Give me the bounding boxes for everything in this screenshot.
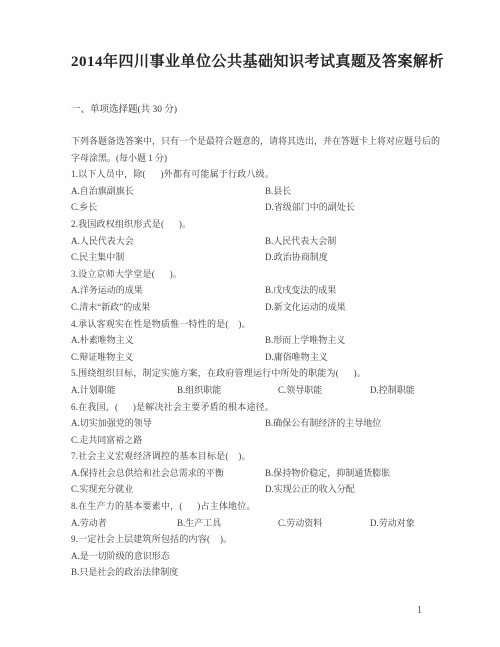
document-page: 2014年四川事业单位公共基础知识考试真题及答案解析 一、单项选择题(共 30 … [0, 0, 500, 647]
question-4-option-row: C.辩证唯物主义D.庸俗唯物主义 [71, 349, 440, 366]
question-9: 9.一定社会上层建筑所包括的内容( )。A.是一切阶级的意识形态B.只是社会的政… [71, 531, 440, 581]
question-1-option-C: C.乡长 [71, 199, 265, 216]
question-4-option-A: A.朴素唯物主义 [71, 332, 265, 349]
question-4-option-D: D.庸俗唯物主义 [265, 349, 440, 366]
question-3-option-D: D.新文化运动的成果 [265, 299, 440, 316]
page-number: 1 [417, 604, 422, 618]
question-8-option-A: A.劳动者 [71, 515, 177, 532]
question-9-option-row: A.是一切阶级的意识形态 [71, 548, 440, 565]
question-9-option-row: B.只是社会的政治法律制度 [71, 564, 440, 581]
question-2-option-B: B.人民代表大会制 [265, 233, 440, 250]
question-1-option-D: D.省级部门中的副处长 [265, 199, 440, 216]
question-3-option-A: A.洋务运动的成果 [71, 282, 265, 299]
section-heading: 一、单项选择题(共 30 分) [71, 102, 440, 119]
question-4-option-row: A.朴素唯物主义B.形而上学唯物主义 [71, 332, 440, 349]
question-5: 5.围绕组织目标，制定实施方案，在政府管理运行中所处的职能为( )。A.计划职能… [71, 365, 440, 398]
question-5-option-C: C.领导职能 [278, 382, 370, 399]
question-7-option-A: A.保持社会总供给和社会总需求的平衡 [71, 465, 265, 482]
question-9-option-A: A.是一切阶级的意识形态 [71, 548, 440, 565]
question-1-option-row: C.乡长D.省级部门中的副处长 [71, 199, 440, 216]
question-5-option-B: B.组织职能 [177, 382, 278, 399]
question-2-option-row: A.人民代表大会B.人民代表大会制 [71, 233, 440, 250]
question-7-option-D: D.实现公正的收入分配 [265, 481, 440, 498]
question-list: 1.以下人员中，除( )外都有可能属于行政八级。A.自治旗副旗长B.县长C.乡长… [71, 166, 440, 581]
question-3-stem: 3.设立京师大学堂是( )。 [71, 266, 440, 283]
question-6-option-A: A.切实加强党的领导 [71, 415, 265, 432]
question-3-option-C: C.清末“新政”的成果 [71, 299, 265, 316]
document-title: 2014年四川事业单位公共基础知识考试真题及答案解析 [71, 52, 440, 72]
question-8-option-row: A.劳动者B.生产工具C.劳动资料D.劳动对象 [71, 515, 440, 532]
question-3-option-B: B.戊戌变法的成果 [265, 282, 440, 299]
instructions-line-1: 下列各题备选答案中，只有一个是最符合题意的，请将其选出，并在答题卡上将对应题号后… [71, 133, 440, 150]
question-5-option-row: A.计划职能B.组织职能C.领导职能D.控制职能 [71, 382, 440, 399]
question-6-option-C: C.走共同富裕之路 [71, 432, 265, 449]
question-8: 8.在生产力的基本要素中，( )占主体地位。A.劳动者B.生产工具C.劳动资料D… [71, 498, 440, 531]
question-7-option-C: C.实现充分就业 [71, 481, 265, 498]
question-7: 7.社会主义宏观经济调控的基本目标是( )。A.保持社会总供给和社会总需求的平衡… [71, 448, 440, 498]
question-9-stem: 9.一定社会上层建筑所包括的内容( )。 [71, 531, 440, 548]
question-6-option-B: B.确保公有制经济的主导地位 [265, 415, 440, 432]
question-5-option-A: A.计划职能 [71, 382, 177, 399]
question-4-option-B: B.形而上学唯物主义 [265, 332, 440, 349]
question-3-option-row: A.洋务运动的成果B.戊戌变法的成果 [71, 282, 440, 299]
question-8-option-D: D.劳动对象 [370, 515, 440, 532]
question-5-option-D: D.控制职能 [370, 382, 440, 399]
question-3: 3.设立京师大学堂是( )。A.洋务运动的成果B.戊戌变法的成果C.清末“新政”… [71, 266, 440, 316]
question-2-option-A: A.人民代表大会 [71, 233, 265, 250]
question-1-option-B: B.县长 [265, 183, 440, 200]
question-8-option-B: B.生产工具 [177, 515, 278, 532]
question-4-option-C: C.辩证唯物主义 [71, 349, 265, 366]
question-7-option-row: C.实现充分就业D.实现公正的收入分配 [71, 481, 440, 498]
question-7-option-row: A.保持社会总供给和社会总需求的平衡B.保持物价稳定，抑制通货膨胀 [71, 465, 440, 482]
question-1-option-row: A.自治旗副旗长B.县长 [71, 183, 440, 200]
question-2-stem: 2.我国政权组织形式是( )。 [71, 216, 440, 233]
instructions-line-2: 字母涂黑。(每小题 1 分) [71, 150, 440, 167]
question-2-option-row: C.民主集中制D.政治协商制度 [71, 249, 440, 266]
question-1-stem: 1.以下人员中，除( )外都有可能属于行政八级。 [71, 166, 440, 183]
question-5-stem: 5.围绕组织目标，制定实施方案，在政府管理运行中所处的职能为( )。 [71, 365, 440, 382]
question-6-stem: 6.在我国，( )是解决社会主要矛盾的根本途径。 [71, 399, 440, 416]
question-6-option-row: C.走共同富裕之路 [71, 432, 440, 449]
question-4: 4.承认客观实在性是物质惟一特性的是( )。A.朴素唯物主义B.形而上学唯物主义… [71, 316, 440, 366]
question-9-option-B: B.只是社会的政治法律制度 [71, 564, 440, 581]
question-2: 2.我国政权组织形式是( )。A.人民代表大会B.人民代表大会制C.民主集中制D… [71, 216, 440, 266]
question-7-option-B: B.保持物价稳定，抑制通货膨胀 [265, 465, 440, 482]
question-6-option-row: A.切实加强党的领导B.确保公有制经济的主导地位 [71, 415, 440, 432]
question-6: 6.在我国，( )是解决社会主要矛盾的根本途径。A.切实加强党的领导B.确保公有… [71, 399, 440, 449]
question-4-stem: 4.承认客观实在性是物质惟一特性的是( )。 [71, 316, 440, 333]
question-8-stem: 8.在生产力的基本要素中，( )占主体地位。 [71, 498, 440, 515]
question-8-option-C: C.劳动资料 [278, 515, 370, 532]
question-2-option-C: C.民主集中制 [71, 249, 265, 266]
question-1: 1.以下人员中，除( )外都有可能属于行政八级。A.自治旗副旗长B.县长C.乡长… [71, 166, 440, 216]
question-1-option-A: A.自治旗副旗长 [71, 183, 265, 200]
question-2-option-D: D.政治协商制度 [265, 249, 440, 266]
question-3-option-row: C.清末“新政”的成果D.新文化运动的成果 [71, 299, 440, 316]
question-7-stem: 7.社会主义宏观经济调控的基本目标是( )。 [71, 448, 440, 465]
